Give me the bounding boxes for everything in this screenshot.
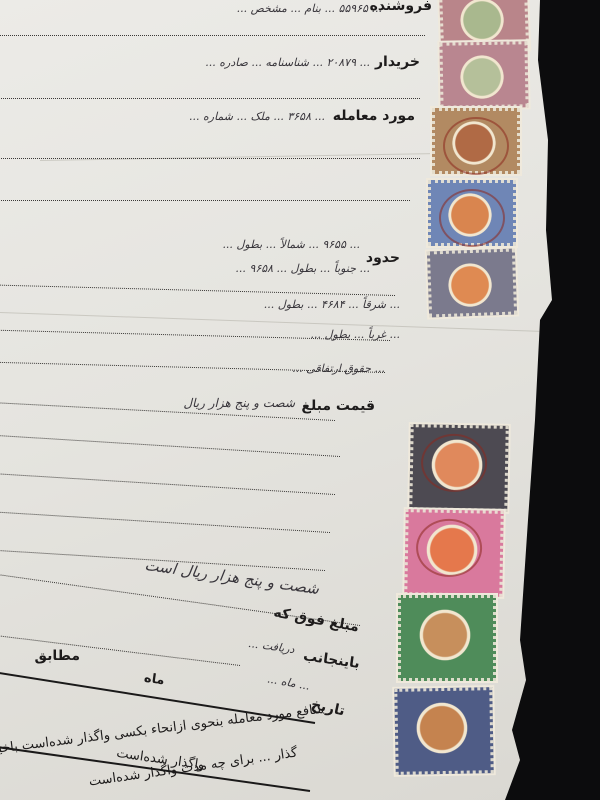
revenue-stamp bbox=[432, 108, 520, 174]
by-me-handwriting: دریافت ... bbox=[248, 637, 296, 656]
boundary-line-2: ... جنوباً ... بطول ... ۹۶۵۸ ... bbox=[235, 262, 370, 275]
stamp-emblem-icon bbox=[415, 699, 468, 758]
revenue-stamp bbox=[394, 687, 493, 775]
stamp-emblem-icon bbox=[419, 606, 471, 664]
cancellation-mark bbox=[416, 518, 483, 577]
revenue-stamp bbox=[427, 248, 517, 317]
dotted-line bbox=[0, 158, 420, 159]
equivalent-label: مطابق bbox=[35, 648, 80, 664]
dotted-line bbox=[0, 284, 395, 296]
cancellation-mark bbox=[439, 189, 505, 247]
dotted-line bbox=[0, 98, 420, 99]
boundary-line-1: ... ۹۶۵۵ ... شمالاً ... بطول ... bbox=[222, 238, 360, 251]
cancellation-mark bbox=[443, 117, 509, 175]
price-label: قیمت مبلغ bbox=[301, 398, 375, 414]
cancellation-mark bbox=[421, 433, 488, 492]
stamp-emblem-icon bbox=[459, 53, 506, 102]
amount-handwriting: شصت و پنج هزار ریال است bbox=[144, 556, 321, 598]
boundary-line-3: ... شرقاً ... ۴۶۸۴ ... بطول ... bbox=[264, 298, 400, 311]
boundary-line-5: ... حقوق ارتفاقی ... bbox=[292, 362, 385, 375]
buyer-handwriting: ... ۲۰۸۷۹ ... شناسنامه ... صادره ... bbox=[205, 56, 370, 69]
by-me-label: باینجانب bbox=[302, 648, 361, 672]
seller-handwriting: ... ۵۵۹۶۵ ... بنام ... مشخص ... bbox=[237, 2, 382, 15]
revenue-stamp bbox=[398, 595, 496, 681]
month-label: ماه bbox=[143, 671, 165, 689]
revenue-stamp bbox=[409, 424, 508, 512]
dotted-line bbox=[0, 35, 425, 36]
revenue-stamp bbox=[428, 180, 516, 246]
dotted-line bbox=[0, 470, 335, 495]
revenue-stamp bbox=[439, 41, 528, 109]
paper-crease bbox=[40, 153, 440, 161]
date-handwriting: ... ماه ... bbox=[266, 672, 311, 692]
stamp-emblem-icon bbox=[458, 0, 506, 45]
revenue-stamp bbox=[404, 509, 503, 597]
buyer-label: خریدار bbox=[375, 54, 420, 70]
subject-label: مورد معامله bbox=[333, 108, 415, 124]
dotted-line bbox=[0, 432, 340, 457]
price-handwriting: شصت و پنج هزار ریال bbox=[183, 396, 295, 410]
boundaries-label: حدود bbox=[366, 250, 400, 266]
dotted-line bbox=[0, 508, 330, 533]
stamp-emblem-icon bbox=[446, 260, 494, 310]
dotted-line bbox=[0, 200, 410, 201]
subject-handwriting: ... ۳۶۵۸ ... ملک ... شماره ... bbox=[189, 110, 325, 123]
